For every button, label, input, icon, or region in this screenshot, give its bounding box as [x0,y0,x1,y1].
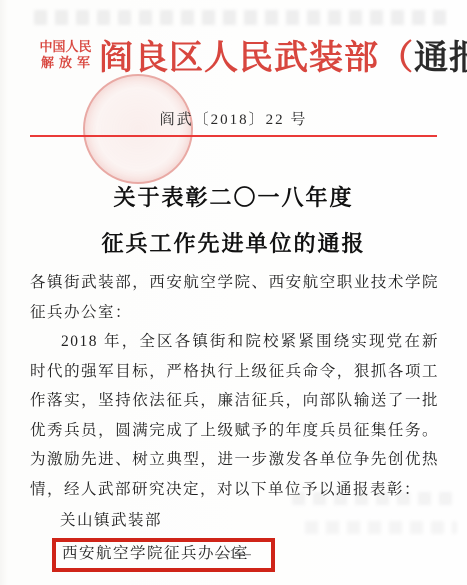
document-title-line2: 征兵工作先进单位的通报 [0,221,467,267]
masthead-black-text: 通报 [414,40,467,77]
bleedthrough-artifact-top [34,10,449,25]
document-title-line1: 关于表彰二〇一八年度 [0,175,467,221]
masthead-red-open: 阎良区人民武装部（ [99,40,414,77]
main-paragraph: 2018 年，全区各镇街和院校紧紧围绕实现党在新时代的强军目标，严格执行上级征兵… [30,327,439,504]
honor-list: 关山镇武装部 西安航空学院征兵办公室 [30,506,439,572]
scanned-document-page: 中国人民 解放军 阎良区人民武装部（通报） 阎武〔2018〕22 号 关于表彰二… [0,0,467,585]
document-title: 关于表彰二〇一八年度 征兵工作先进单位的通报 [0,175,467,267]
official-seal [83,74,193,184]
org-prefix: 中国人民 解放军 [36,39,95,71]
org-prefix-line1: 中国人民 [36,39,95,55]
red-divider-line [30,135,437,137]
masthead-title: 阎良区人民武装部（通报） [99,30,467,79]
document-body: 各镇街武装部，西安航空学院、西安航空职业技术学院征兵办公室： 2018 年，全区… [30,268,439,572]
org-prefix-line2: 解放军 [41,55,95,71]
page-number: —1— [0,546,467,562]
list-item: 关山镇武装部 [60,506,439,535]
letterhead: 中国人民 解放军 阎良区人民武装部（通报） [36,30,457,79]
salutation: 各镇街武装部，西安航空学院、西安航空职业技术学院征兵办公室： [30,268,439,327]
document-number: 阎武〔2018〕22 号 [0,108,467,129]
